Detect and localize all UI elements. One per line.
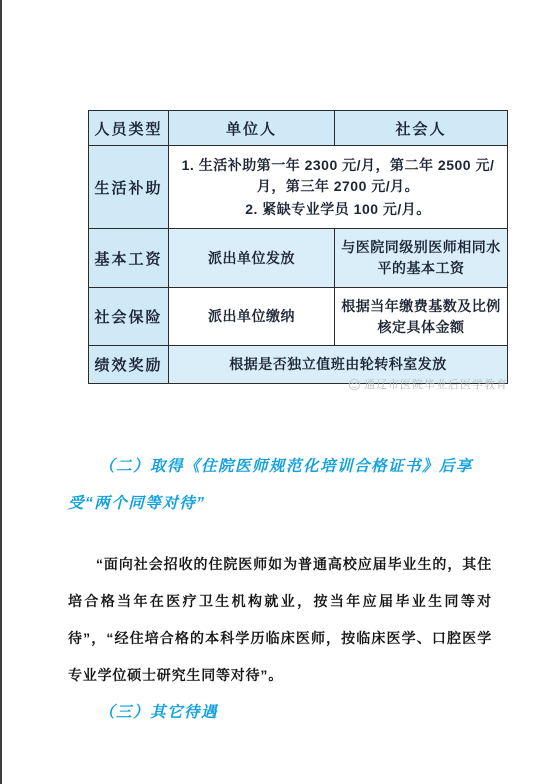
row-label-social-insurance: 社会保险 (89, 288, 169, 346)
cell-base-salary-social: 与医院同级别医师相同水平的基本工资 (335, 229, 508, 288)
col-header-social-person: 社会人 (335, 111, 508, 146)
section-heading-2: （二）取得《住院医师规范化培训合格证书》后享受“两个同等对待” (68, 448, 492, 522)
page-left-border (0, 0, 2, 784)
body-paragraph: “面向社会招收的住院医师如为普通高校应届毕业生的，其住培合格当年在医疗卫生机构就… (68, 546, 492, 694)
document-page: 人员类型 单位人 社会人 生活补助 1. 生活补助第一年 2300 元/月，第二… (0, 0, 556, 784)
table-header-row: 人员类型 单位人 社会人 (89, 111, 508, 146)
benefits-table-container: 人员类型 单位人 社会人 生活补助 1. 生活补助第一年 2300 元/月，第二… (88, 110, 508, 384)
row-label-living-subsidy: 生活补助 (89, 146, 169, 229)
table-row-social-insurance: 社会保险 派出单位缴纳 根据当年缴费基数及比例核定具体金额 (89, 288, 508, 346)
living-subsidy-line-1: 1. 生活补助第一年 2300 元/月，第二年 2500 元/月，第三年 270… (173, 155, 503, 197)
cell-living-subsidy-content: 1. 生活补助第一年 2300 元/月，第二年 2500 元/月，第三年 270… (169, 146, 508, 229)
table-row-base-salary: 基本工资 派出单位发放 与医院同级别医师相同水平的基本工资 (89, 229, 508, 288)
row-label-base-salary: 基本工资 (89, 229, 169, 288)
benefits-table: 人员类型 单位人 社会人 生活补助 1. 生活补助第一年 2300 元/月，第二… (88, 110, 508, 384)
table-row-living-subsidy: 生活补助 1. 生活补助第一年 2300 元/月，第二年 2500 元/月，第三… (89, 146, 508, 229)
col-header-unit-person: 单位人 (169, 111, 335, 146)
living-subsidy-line-2: 2. 紧缺专业学员 100 元/月。 (173, 199, 503, 220)
watermark-text: 通辽市医院毕业后医学教育 (364, 376, 508, 392)
col-header-person-type: 人员类型 (89, 111, 169, 146)
cell-social-insurance-unit: 派出单位缴纳 (169, 288, 335, 346)
watermark: 通辽市医院毕业后医学教育 (348, 376, 508, 392)
watermark-logo-icon (348, 378, 361, 391)
row-label-performance-bonus: 绩效奖励 (89, 346, 169, 384)
section-heading-3: （三）其它待遇 (68, 694, 492, 731)
cell-social-insurance-social: 根据当年缴费基数及比例核定具体金额 (335, 288, 508, 346)
cell-base-salary-unit: 派出单位发放 (169, 229, 335, 288)
